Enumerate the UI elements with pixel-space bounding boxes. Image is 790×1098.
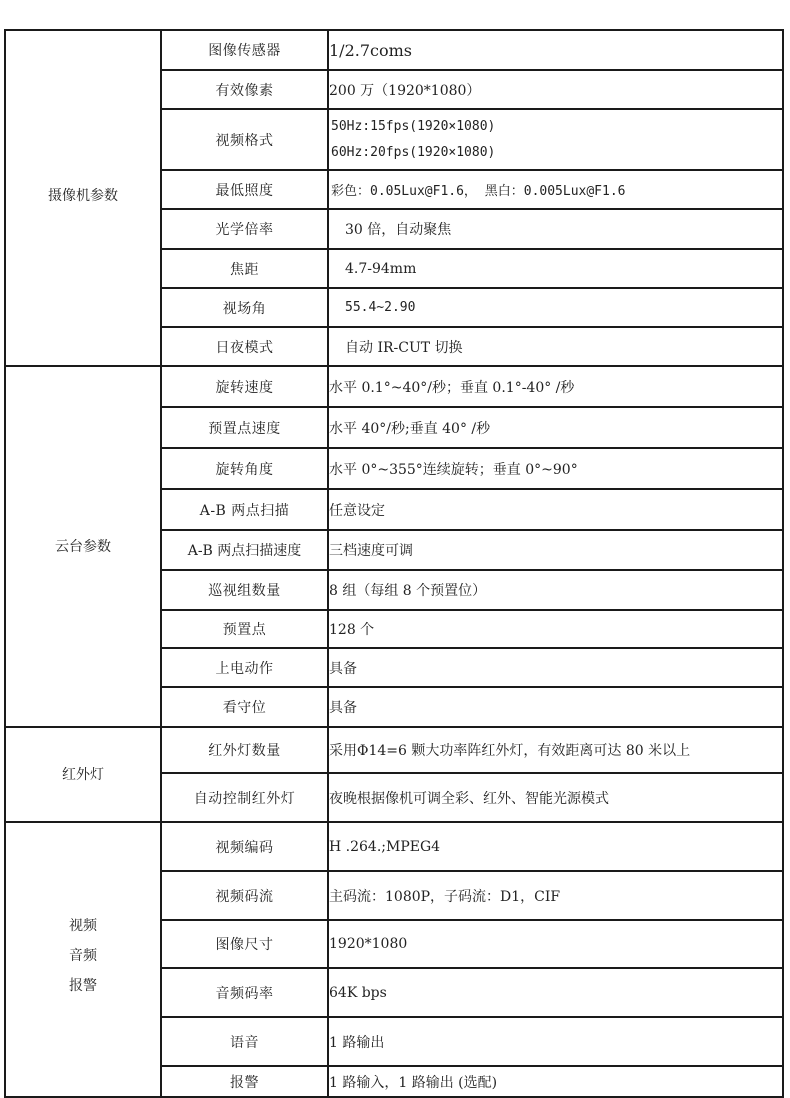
row-label: 报警: [161, 1066, 328, 1097]
row-label: 语音: [161, 1017, 328, 1066]
row-value: 1 路输出: [328, 1017, 783, 1066]
row-value: 50Hz:15fps(1920×1080) 60Hz:20fps(1920×10…: [328, 109, 783, 170]
row-value: 1 路输入，1 路输出 (选配): [328, 1066, 783, 1097]
row-label: 视频编码: [161, 822, 328, 871]
group-ir-lights: 红外灯: [5, 727, 161, 822]
row-label: 上电动作: [161, 648, 328, 687]
group-ptz-params: 云台参数: [5, 366, 161, 727]
row-label: 红外灯数量: [161, 727, 328, 773]
row-value: 任意设定: [328, 489, 783, 530]
row-label: 看守位: [161, 687, 328, 727]
row-label: 图像尺寸: [161, 920, 328, 968]
row-label: 视场角: [161, 288, 328, 327]
row-value: 自动 IR-CUT 切换: [328, 327, 783, 366]
row-value: 具备: [328, 687, 783, 727]
row-label: 旋转速度: [161, 366, 328, 407]
row-label: A-B 两点扫描: [161, 489, 328, 530]
row-value: 30 倍，自动聚焦: [328, 209, 783, 249]
table-row: 红外灯 红外灯数量 采用Φ14=6 颗大功率阵红外灯，有效距离可达 80 米以上: [5, 727, 783, 773]
row-label: 光学倍率: [161, 209, 328, 249]
row-label: 旋转角度: [161, 448, 328, 489]
table-row: 摄像机参数 图像传感器 1/2.7coms: [5, 30, 783, 70]
row-value: 彩色：0.05Lux@F1.6， 黑白：0.005Lux@F1.6: [328, 170, 783, 209]
row-label: 焦距: [161, 249, 328, 288]
row-value: 水平 0°~355°连续旋转；垂直 0°~90°: [328, 448, 783, 489]
row-value: 水平 0.1°~40°/秒；垂直 0.1°-40° /秒: [328, 366, 783, 407]
row-value: 4.7-94mm: [328, 249, 783, 288]
row-value: 200 万（1920*1080）: [328, 70, 783, 109]
row-label: 日夜模式: [161, 327, 328, 366]
row-value: 1/2.7coms: [328, 30, 783, 70]
row-value: 具备: [328, 648, 783, 687]
row-label: 巡视组数量: [161, 570, 328, 610]
row-label: 预置点: [161, 610, 328, 648]
row-value: 主码流：1080P，子码流：D1，CIF: [328, 871, 783, 920]
row-label: 图像传感器: [161, 30, 328, 70]
group-camera-params: 摄像机参数: [5, 30, 161, 366]
row-value: 8 组（每组 8 个预置位）: [328, 570, 783, 610]
group-title-line: 视频: [69, 911, 97, 941]
row-label: 音频码率: [161, 968, 328, 1017]
row-value: 夜晚根据像机可调全彩、红外、智能光源模式: [328, 773, 783, 822]
row-label: 视频码流: [161, 871, 328, 920]
row-label: 自动控制红外灯: [161, 773, 328, 822]
value-line: 60Hz:20fps(1920×1080): [331, 140, 782, 166]
row-value: 128 个: [328, 610, 783, 648]
row-value: 水平 40°/秒;垂直 40° /秒: [328, 407, 783, 448]
group-title-line: 音频: [69, 941, 97, 971]
table-row: 视频 音频 报警 视频编码 H .264.;MPEG4: [5, 822, 783, 871]
row-label: 最低照度: [161, 170, 328, 209]
row-value: 采用Φ14=6 颗大功率阵红外灯，有效距离可达 80 米以上: [328, 727, 783, 773]
row-label: A-B 两点扫描速度: [161, 530, 328, 570]
row-label: 预置点速度: [161, 407, 328, 448]
row-value: 1920*1080: [328, 920, 783, 968]
row-value: H .264.;MPEG4: [328, 822, 783, 871]
row-value: 三档速度可调: [328, 530, 783, 570]
table-row: 云台参数 旋转速度 水平 0.1°~40°/秒；垂直 0.1°-40° /秒: [5, 366, 783, 407]
value-line: 50Hz:15fps(1920×1080): [331, 114, 782, 140]
row-value: 55.4~2.90: [328, 288, 783, 327]
group-title-line: 报警: [69, 971, 97, 1001]
row-value: 64K bps: [328, 968, 783, 1017]
row-label: 有效像素: [161, 70, 328, 109]
group-video-audio-alarm: 视频 音频 报警: [5, 822, 161, 1097]
row-label: 视频格式: [161, 109, 328, 170]
spec-table: 摄像机参数 图像传感器 1/2.7coms 有效像素 200 万（1920*10…: [4, 29, 784, 1098]
